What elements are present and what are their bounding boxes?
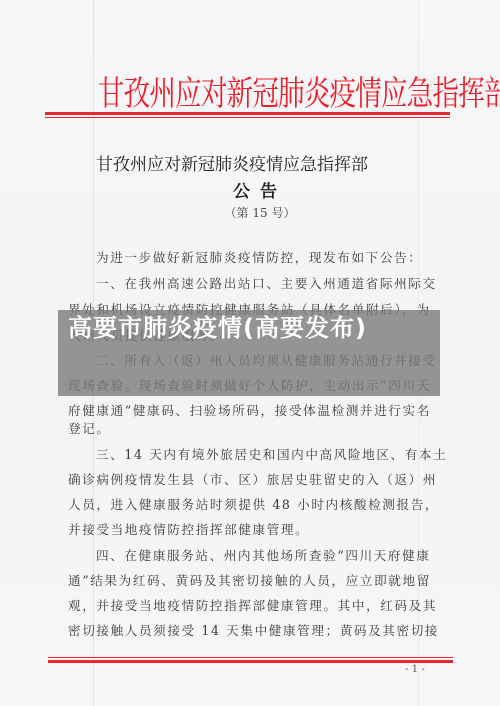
body-line: 三、14 天内有境外旅居史和国内中高风险地区、有本土 xyxy=(96,444,428,463)
footer-rule-thin xyxy=(48,657,453,658)
body-line: 确诊病例疫情发生县（市、区）旅居史驻留史的入（返）州 xyxy=(68,469,428,488)
footer-rule-thick xyxy=(48,660,453,663)
body-line: 密切接触人员须接受 14 天集中健康管理；黄码及其密切接 xyxy=(68,620,428,639)
letterhead-rule-thin xyxy=(45,117,450,118)
letterhead-rule-thick xyxy=(45,112,450,115)
body-line: 通”结果为红码、黄码及其密切接触的人员，应立即就地留 xyxy=(68,570,428,589)
body-line: 府健康通”健康码、扫验场所码，接受体温检测并进行实名 xyxy=(68,400,428,419)
body-line: 四、在健康服务站、州内其他场所查验“四川天府健康 xyxy=(96,545,428,564)
document-title: 甘孜州应对新冠肺炎疫情应急指挥部 xyxy=(96,150,396,175)
body-line: 并接受当地疫情防控指挥部健康管理。 xyxy=(68,519,428,538)
page-number: - 1 - xyxy=(395,664,435,675)
body-line: 观，并接受当地疫情防控指挥部健康管理。其中，红码及其 xyxy=(68,595,428,614)
body-line: 一、在我州高速公路出站口、主要入州通道省际州际交 xyxy=(96,273,428,292)
body-line: 登记。 xyxy=(68,418,428,437)
document-type: 公告 xyxy=(200,177,320,202)
headline-overlay-title[interactable]: 高要市肺炎疫情(高要发布) xyxy=(68,313,428,343)
body-line: 为进一步做好新冠肺炎疫情防控，现发布如下公告： xyxy=(96,247,428,266)
red-letterhead: 甘孜州应对新冠肺炎疫情应急指挥部 xyxy=(98,66,402,115)
document-number: （第 15 号） xyxy=(200,204,320,221)
body-line: 人员，进入健康服务站时须提供 48 小时内核酸检测报告， xyxy=(68,494,428,513)
